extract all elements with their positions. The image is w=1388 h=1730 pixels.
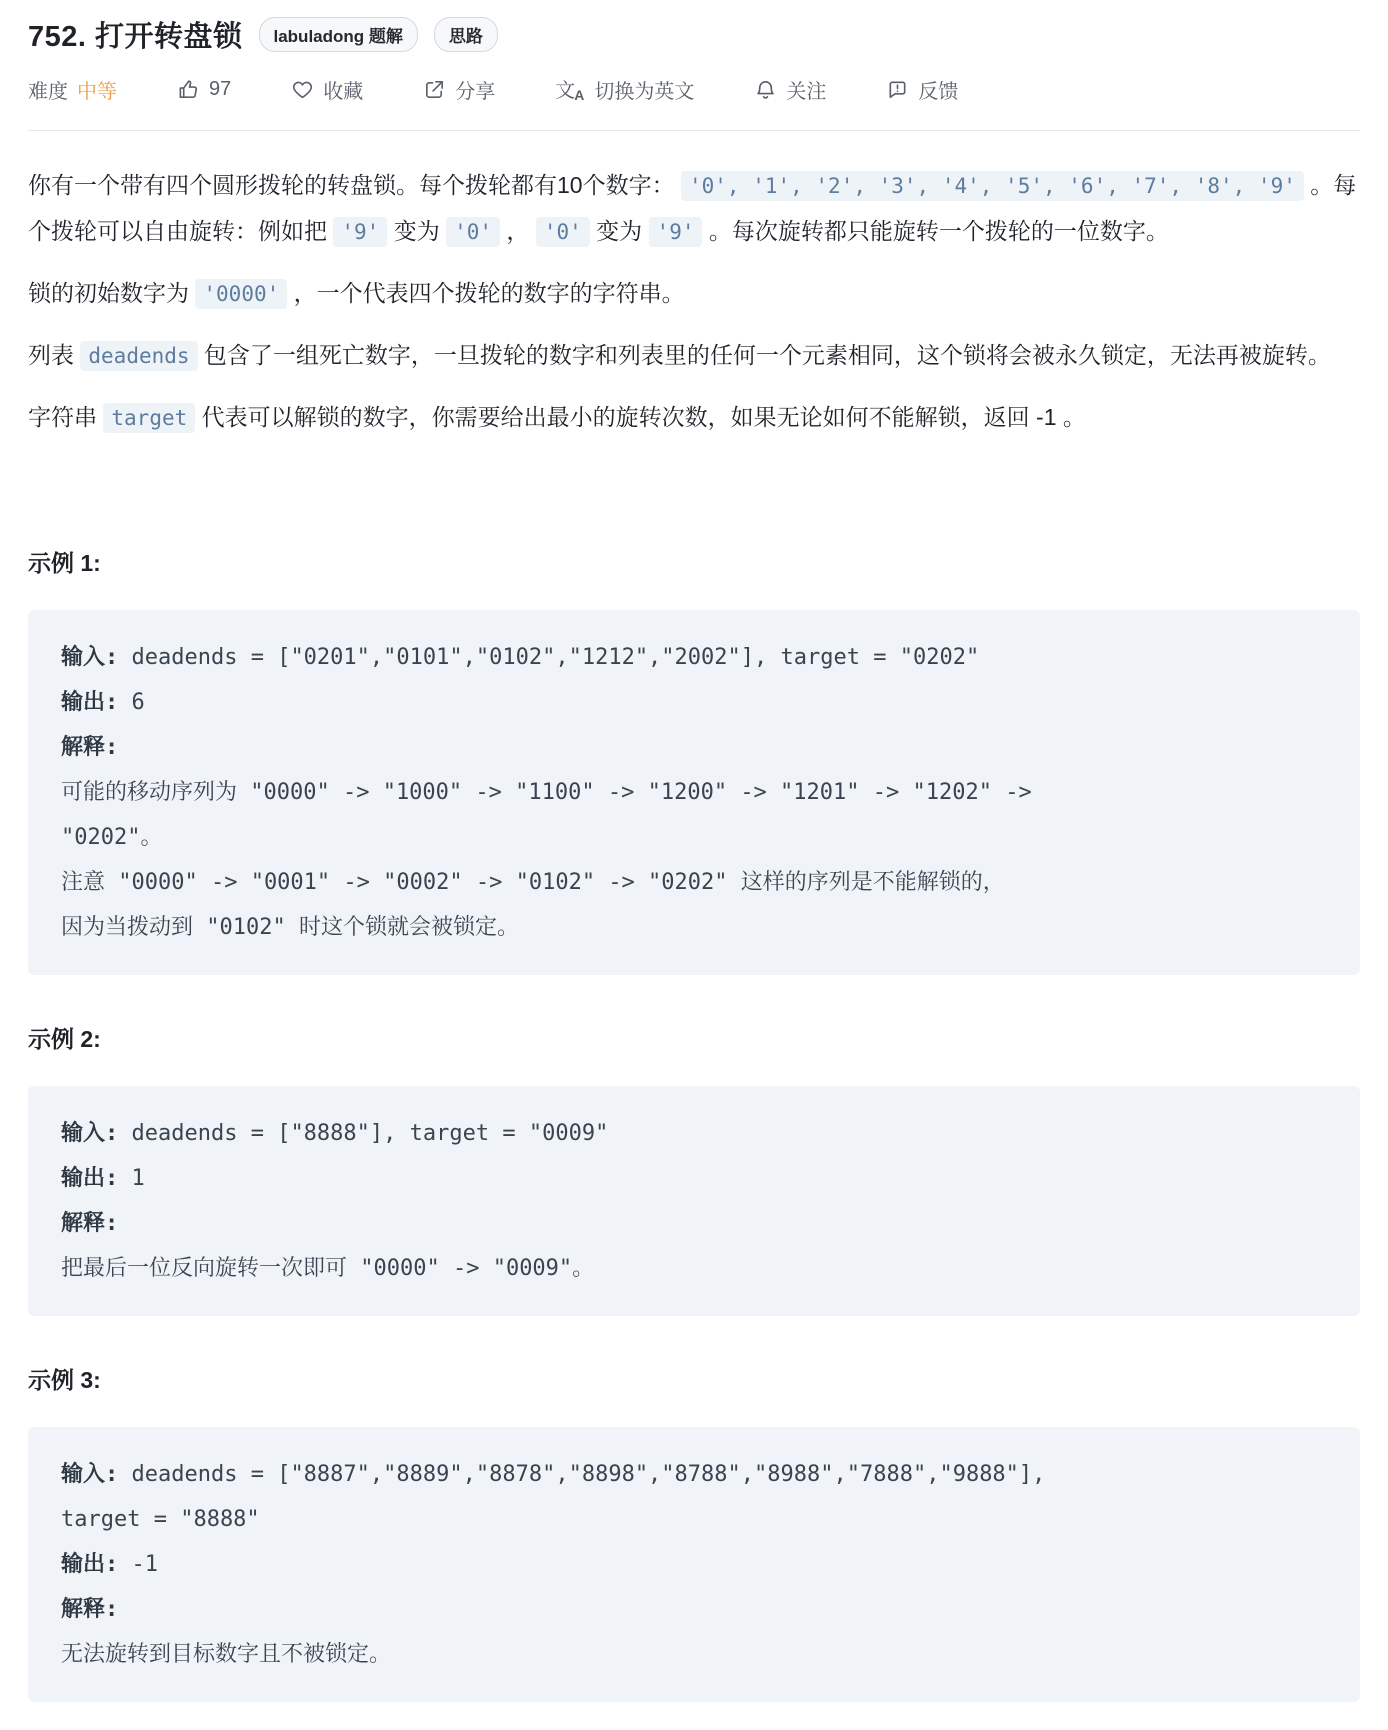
text-run: 6	[132, 690, 145, 715]
badge-labuladong-solution[interactable]: labuladong 题解	[259, 17, 418, 52]
badge-idea[interactable]: 思路	[434, 17, 498, 52]
io-label: 解释:	[61, 1211, 118, 1236]
feedback-label: 反馈	[918, 75, 958, 104]
difficulty-label: 难度	[28, 75, 68, 104]
follow-label: 关注	[786, 75, 826, 104]
examples: 示例 1:输入: deadends = ["0201","0101","0102…	[28, 545, 1360, 1702]
inline-code: target	[103, 403, 195, 433]
io-label: 输出:	[61, 690, 132, 715]
switch-language-label: 切换为英文	[594, 75, 694, 104]
code-line: 解释:	[61, 1201, 1327, 1246]
code-line: 输出: 1	[61, 1156, 1327, 1201]
difficulty: 难度 中等	[28, 75, 117, 104]
code-line: 输出: 6	[61, 680, 1327, 725]
io-label: 解释:	[61, 735, 118, 760]
code-line: 输出: -1	[61, 1542, 1327, 1587]
code-line: 可能的移动序列为 "0000" -> "1000" -> "1100" -> "…	[61, 770, 1327, 815]
description-paragraph: 列表 deadends 包含了一组死亡数字，一旦拨轮的数字和列表里的任何一个元素…	[28, 333, 1360, 379]
text-run: target = "8888"	[61, 1507, 260, 1532]
code-line: 输入: deadends = ["0201","0101","0102","12…	[61, 635, 1327, 680]
text-run: deadends = ["8887","8889","8878","8898",…	[132, 1462, 1046, 1487]
follow-button[interactable]: 关注	[754, 75, 826, 104]
io-label: 输出:	[61, 1166, 132, 1191]
inline-code: '0'	[536, 217, 590, 247]
like-count: 97	[209, 78, 231, 101]
text-run: 变为	[387, 218, 446, 244]
example-heading: 示例 1:	[28, 545, 1360, 578]
thumbs-up-icon	[177, 78, 200, 101]
difficulty-value: 中等	[77, 75, 117, 104]
text-run: deadends = ["8888"], target = "0009"	[132, 1121, 609, 1146]
inline-code: '9'	[333, 217, 387, 247]
share-button[interactable]: 分享	[423, 75, 495, 104]
like-button[interactable]: 97	[177, 78, 231, 101]
problem-description: 你有一个带有四个圆形拨轮的转盘锁。每个拨轮都有10个数字： '0', '1', …	[28, 163, 1360, 441]
feedback-icon	[886, 78, 909, 101]
text-run: "0202"。	[61, 825, 162, 850]
text-run: 1	[132, 1166, 145, 1191]
text-run: 因为当拨动到 "0102" 时这个锁就会被锁定。	[61, 915, 519, 940]
io-label: 输出:	[61, 1552, 132, 1577]
code-line: 解释:	[61, 1587, 1327, 1632]
share-label: 分享	[455, 75, 495, 104]
code-line: target = "8888"	[61, 1497, 1327, 1542]
favorite-label: 收藏	[323, 75, 363, 104]
code-line: 注意 "0000" -> "0001" -> "0002" -> "0102" …	[61, 860, 1327, 905]
text-run: 可能的移动序列为 "0000" -> "1000" -> "1100" -> "…	[61, 780, 1032, 805]
code-line: "0202"。	[61, 815, 1327, 860]
text-run: 你有一个带有四个圆形拨轮的转盘锁。每个拨轮都有10个数字：	[28, 172, 681, 198]
example-code-block: 输入: deadends = ["0201","0101","0102","12…	[28, 610, 1360, 975]
header-divider	[28, 130, 1360, 131]
text-run: -1	[132, 1552, 159, 1577]
bell-icon	[754, 78, 777, 101]
text-run: deadends = ["0201","0101","0102","1212",…	[132, 645, 980, 670]
inline-code: '9'	[649, 217, 703, 247]
text-run: 列表	[28, 342, 80, 368]
description-paragraph: 锁的初始数字为 '0000' ，一个代表四个拨轮的数字的字符串。	[28, 271, 1360, 317]
io-label: 解释:	[61, 1597, 118, 1622]
problem-header: 752. 打开转盘锁 labuladong 题解 思路	[28, 14, 1360, 55]
inline-code: deadends	[80, 341, 197, 371]
example-heading: 示例 3:	[28, 1362, 1360, 1395]
inline-code: '0'	[446, 217, 500, 247]
example-heading: 示例 2:	[28, 1021, 1360, 1054]
favorite-button[interactable]: 收藏	[291, 75, 363, 104]
code-line: 输入: deadends = ["8887","8889","8878","88…	[61, 1452, 1327, 1497]
io-label: 输入:	[61, 1462, 132, 1487]
switch-language-button[interactable]: 文A 切换为英文	[555, 75, 694, 104]
io-label: 输入:	[61, 1121, 132, 1146]
description-paragraph: 你有一个带有四个圆形拨轮的转盘锁。每个拨轮都有10个数字： '0', '1', …	[28, 163, 1360, 255]
code-line: 因为当拨动到 "0102" 时这个锁就会被锁定。	[61, 905, 1327, 950]
code-line: 把最后一位反向旋转一次即可 "0000" -> "0009"。	[61, 1246, 1327, 1291]
text-run: 锁的初始数字为	[28, 280, 195, 306]
code-line: 输入: deadends = ["8888"], target = "0009"	[61, 1111, 1327, 1156]
inline-code: '0000'	[195, 279, 287, 309]
page-title: 752. 打开转盘锁	[28, 14, 243, 55]
share-icon	[423, 78, 446, 101]
text-run: 无法旋转到目标数字且不被锁定。	[61, 1642, 391, 1667]
text-run: 包含了一组死亡数字，一旦拨轮的数字和列表里的任何一个元素相同，这个锁将会被永久锁…	[198, 342, 1331, 368]
code-line: 无法旋转到目标数字且不被锁定。	[61, 1632, 1327, 1677]
text-run: 字符串	[28, 404, 103, 430]
text-run: ，	[500, 218, 536, 244]
inline-code: '0', '1', '2', '3', '4', '5', '6', '7', …	[681, 171, 1304, 201]
example-code-block: 输入: deadends = ["8888"], target = "0009"…	[28, 1086, 1360, 1316]
feedback-button[interactable]: 反馈	[886, 75, 958, 104]
text-run: 把最后一位反向旋转一次即可 "0000" -> "0009"。	[61, 1256, 594, 1281]
text-run: 。每次旋转都只能旋转一个拨轮的一位数字。	[702, 218, 1168, 244]
code-line: 解释:	[61, 725, 1327, 770]
translate-icon: 文A	[555, 74, 585, 103]
text-run: 代表可以解锁的数字，你需要给出最小的旋转次数，如果无论如何不能解锁，返回 -1 …	[195, 404, 1086, 430]
toolbar: 难度 中等 97 收藏 分享 文A 切换为英	[28, 75, 1360, 104]
text-run: ，一个代表四个拨轮的数字的字符串。	[287, 280, 684, 306]
description-paragraph: 字符串 target 代表可以解锁的数字，你需要给出最小的旋转次数，如果无论如何…	[28, 395, 1360, 441]
text-run: 变为	[590, 218, 649, 244]
io-label: 输入:	[61, 645, 132, 670]
example-code-block: 输入: deadends = ["8887","8889","8878","88…	[28, 1427, 1360, 1702]
heart-icon	[291, 78, 314, 101]
text-run: 注意 "0000" -> "0001" -> "0002" -> "0102" …	[61, 870, 1005, 895]
